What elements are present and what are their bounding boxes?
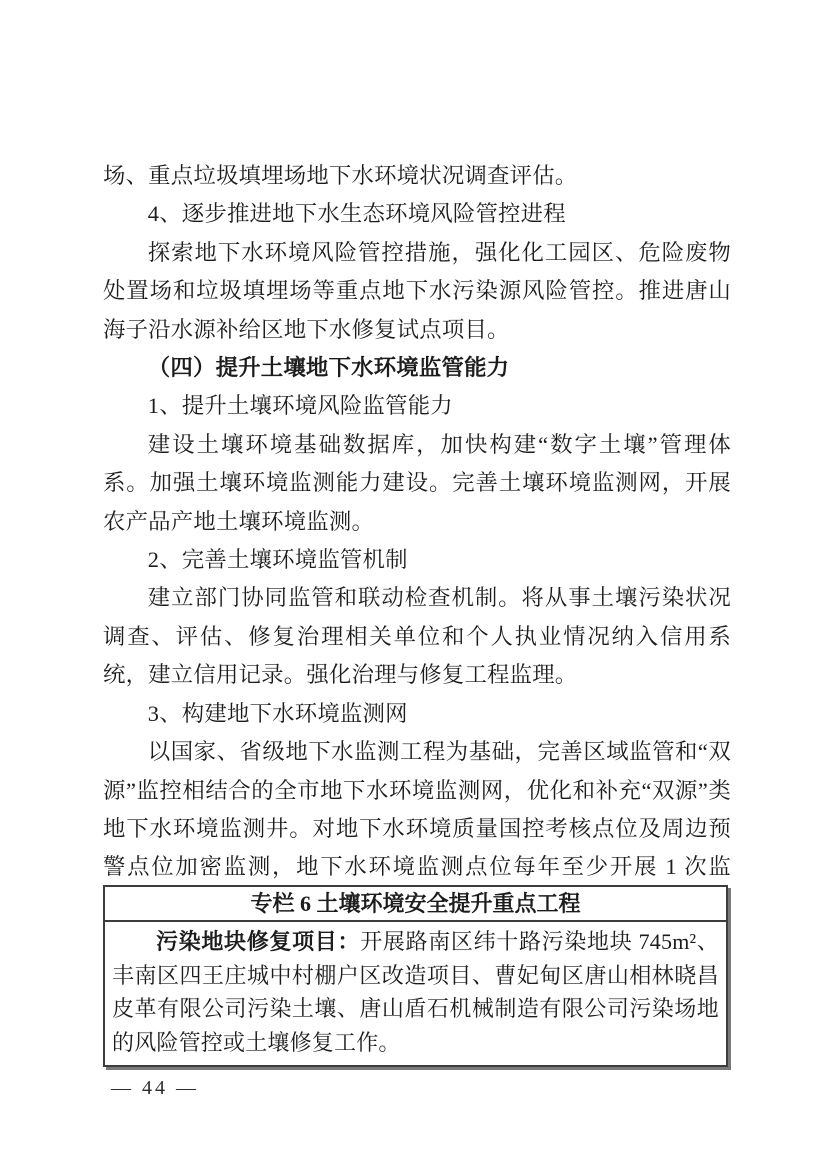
section-heading-4: 4、逐步推进地下水生态环境风险管控进程 bbox=[103, 195, 731, 233]
callout-box-column-6: 专栏 6 土壤环境安全提升重点工程 污染地块修复项目：开展路南区纬十路污染地块 … bbox=[103, 885, 728, 1067]
callout-box-body: 污染地块修复项目：开展路南区纬十路污染地块 745m²、丰南区四王庄城中村棚户区… bbox=[105, 922, 726, 1065]
section-heading-2: 2、完善土壤环境监管机制 bbox=[103, 541, 731, 579]
callout-lead-label: 污染地块修复项目： bbox=[156, 929, 360, 954]
document-page: 场、重点垃圾填埋场地下水环境状况调查评估。 4、逐步推进地下水生态环境风险管控进… bbox=[0, 0, 826, 1169]
body-paragraph: 建设土壤环境基础数据库，加快构建“数字土壤”管理体系。加强土壤环境监测能力建设。… bbox=[103, 426, 731, 541]
section-heading-3: 3、构建地下水环境监测网 bbox=[103, 695, 731, 733]
document-body: 场、重点垃圾填埋场地下水环境状况调查评估。 4、逐步推进地下水生态环境风险管控进… bbox=[103, 157, 731, 925]
section-heading-1: 1、提升土壤环境风险监管能力 bbox=[103, 387, 731, 425]
page-number: — 44 — bbox=[111, 1077, 199, 1100]
section-heading-part-four: （四）提升土壤地下水环境监管能力 bbox=[103, 349, 731, 387]
body-paragraph: 建立部门协同监管和联动检查机制。将从事土壤污染状况调查、评估、修复治理相关单位和… bbox=[103, 579, 731, 694]
callout-box-title: 专栏 6 土壤环境安全提升重点工程 bbox=[105, 887, 726, 922]
body-paragraph: 探索地下水环境风险管控措施，强化化工园区、危险废物处置场和垃圾填埋场等重点地下水… bbox=[103, 234, 731, 349]
body-paragraph-continued: 场、重点垃圾填埋场地下水环境状况调查评估。 bbox=[103, 157, 731, 195]
